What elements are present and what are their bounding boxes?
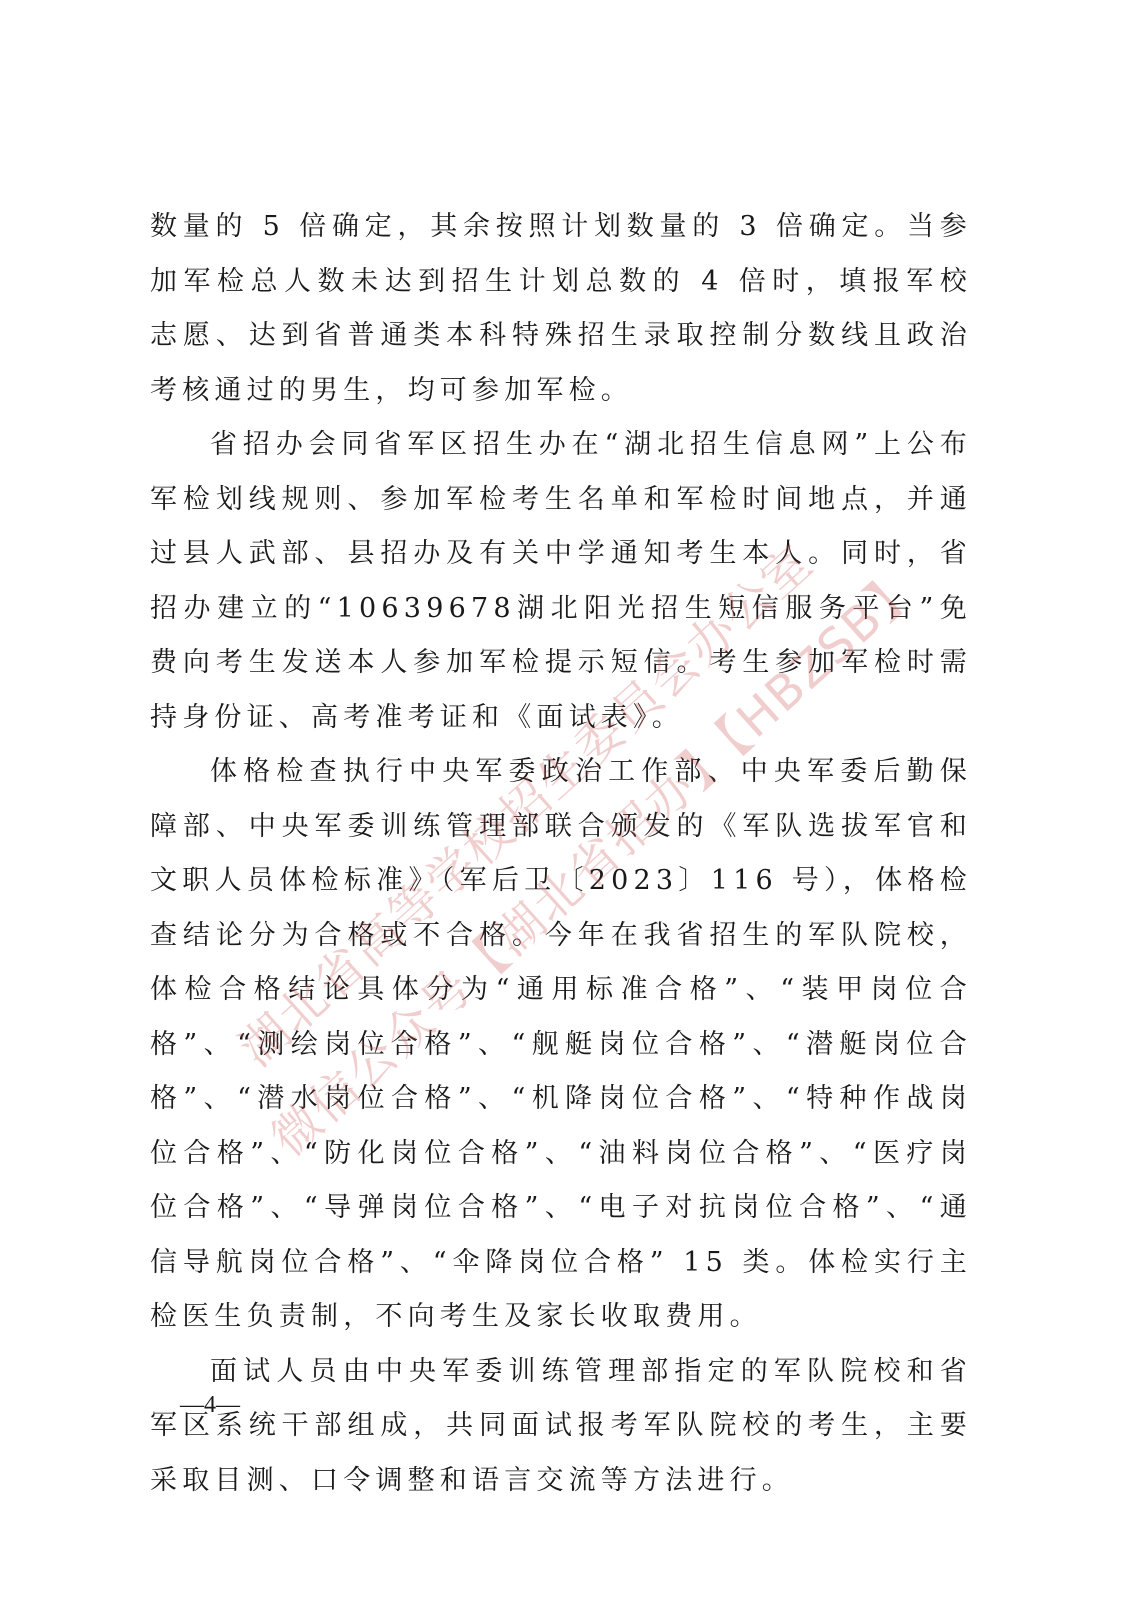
paragraph-physical-exam: 体格检查执行中央军委政治工作部、中央军委后勤保障部、中央军委训练管理部联合颁发的…	[150, 745, 972, 1345]
paragraph-interview: 面试人员由中央军委训练管理部指定的军队院校和省军区系统干部组成，共同面试报考军队…	[150, 1345, 972, 1509]
document-page: 数量的 5 倍确定，其余按照计划数量的 3 倍确定。当参加军检总人数未达到招生计…	[0, 0, 1131, 1600]
paragraph-announcement: 省招办会同省军区招生办在“湖北招生信息网”上公布军检划线规则、参加军检考生名单和…	[150, 418, 972, 745]
document-body: 数量的 5 倍确定，其余按照计划数量的 3 倍确定。当参加军检总人数未达到招生计…	[150, 200, 972, 1508]
paragraph-military-check-quota: 数量的 5 倍确定，其余按照计划数量的 3 倍确定。当参加军检总人数未达到招生计…	[150, 200, 972, 418]
page-number: —4—	[180, 1392, 240, 1419]
